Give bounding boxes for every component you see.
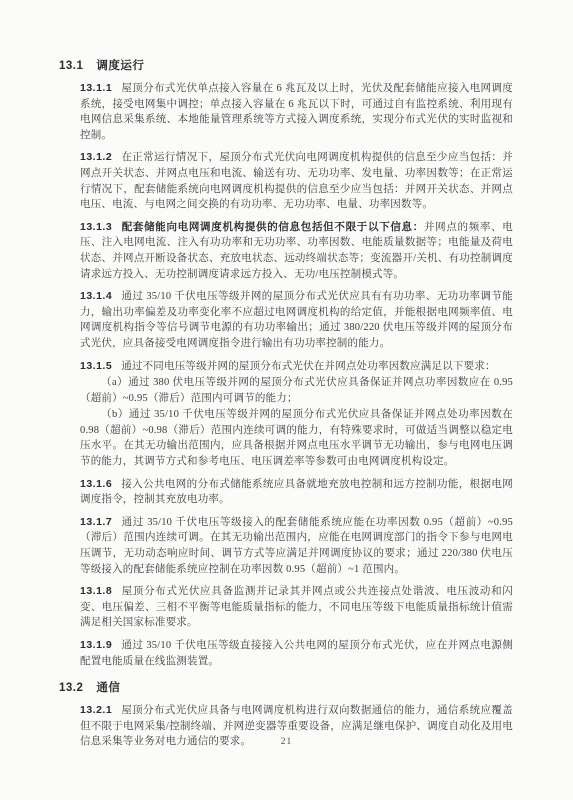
paragraph-13-1-3: 13.1.3配套储能向电网调度机构提供的信息包括但不限于以下信息：并网点的频率、… — [80, 220, 513, 282]
paragraph-13-1-4: 13.1.4通过 35/10 千伏电压等级并网的屋顶分布式光伏应具有有功功率、无… — [80, 289, 513, 351]
section-heading-13-2: 13.2通信 — [59, 680, 513, 696]
subitem-b: （b）通过 35/10 千伏电压等级并网的屋顶分布式光伏应具备保证并网点处功率因… — [80, 407, 513, 469]
paragraph-text: 通过不同电压等级并网的屋顶分布式光伏在并网点处功率因数应满足以下要求： — [121, 361, 496, 372]
paragraph-text: 接入公共电网的分布式储能系统应具备就地充放电控制和远方控制功能，根据电网调度指令… — [80, 479, 513, 506]
paragraph-number: 13.1.9 — [80, 639, 112, 651]
subitem-a: （a）通过 380 伏电压等级并网的屋顶分布式光伏应具备保证并网点功率因数应在 … — [80, 375, 513, 406]
paragraph-text: 屋顶分布式光伏单点接入容量在 6 兆瓦及以上时，光伏及配套储能应接入电网调度系统… — [80, 83, 513, 141]
paragraph-number: 13.1.2 — [80, 151, 112, 163]
paragraph-13-1-6: 13.1.6接入公共电网的分布式储能系统应具备就地充放电控制和远方控制功能，根据… — [80, 477, 513, 508]
paragraph-number: 13.2.1 — [80, 704, 112, 716]
section-title: 调度运行 — [96, 60, 144, 72]
paragraph-text: 在正常运行情况下，屋顶分布式光伏向电网调度机构提供的信息至少应当包括：并网点开关… — [80, 152, 513, 210]
paragraph-13-1-9: 13.1.9通过 35/10 千伏电压等级直接接入公共电网的屋顶分布式光伏，应在… — [80, 638, 513, 669]
paragraph-number: 13.1.1 — [80, 82, 112, 94]
page-number: 21 — [0, 737, 573, 747]
paragraph-number: 13.1.7 — [80, 516, 112, 528]
paragraph-text: 屋顶分布式光伏应具备监测并记录其并网点或公共连接点处谐波、电压波动和闪变、电压偏… — [80, 586, 513, 628]
paragraph-text: 通过 35/10 千伏电压等级直接接入公共电网的屋顶分布式光伏，应在并网点电源侧… — [80, 640, 513, 667]
section-number: 13.1 — [59, 60, 83, 72]
paragraph-13-1-7: 13.1.7通过 35/10 千伏电压等级接入的配套储能系统应能在功率因数 0.… — [80, 515, 513, 577]
paragraph-text: 通过 35/10 千伏电压等级接入的配套储能系统应能在功率因数 0.95（超前）… — [80, 517, 513, 575]
paragraph-bold-lead: 配套储能向电网调度机构提供的信息包括但不限于以下信息： — [121, 221, 424, 233]
section-title: 通信 — [96, 682, 120, 694]
paragraph-number: 13.1.4 — [80, 290, 112, 302]
paragraph-number: 13.1.3 — [80, 221, 112, 233]
paragraph-13-1-8: 13.1.8屋顶分布式光伏应具备监测并记录其并网点或公共连接点处谐波、电压波动和… — [80, 584, 513, 631]
section-number: 13.2 — [59, 682, 83, 694]
paragraph-number: 13.1.5 — [80, 360, 112, 372]
section-heading-13-1: 13.1调度运行 — [59, 58, 513, 74]
paragraph-number: 13.1.6 — [80, 478, 112, 490]
document-page: 13.1调度运行 13.1.1屋顶分布式光伏单点接入容量在 6 兆瓦及以上时，光… — [59, 58, 513, 750]
paragraph-13-1-5: 13.1.5通过不同电压等级并网的屋顶分布式光伏在并网点处功率因数应满足以下要求… — [80, 359, 513, 375]
paragraph-13-1-2: 13.1.2在正常运行情况下，屋顶分布式光伏向电网调度机构提供的信息至少应当包括… — [80, 150, 513, 212]
paragraph-number: 13.1.8 — [80, 585, 112, 597]
paragraph-13-1-1: 13.1.1屋顶分布式光伏单点接入容量在 6 兆瓦及以上时，光伏及配套储能应接入… — [80, 81, 513, 143]
paragraph-text: 通过 35/10 千伏电压等级并网的屋顶分布式光伏应具有有功功率、无功功率调节能… — [80, 291, 513, 349]
